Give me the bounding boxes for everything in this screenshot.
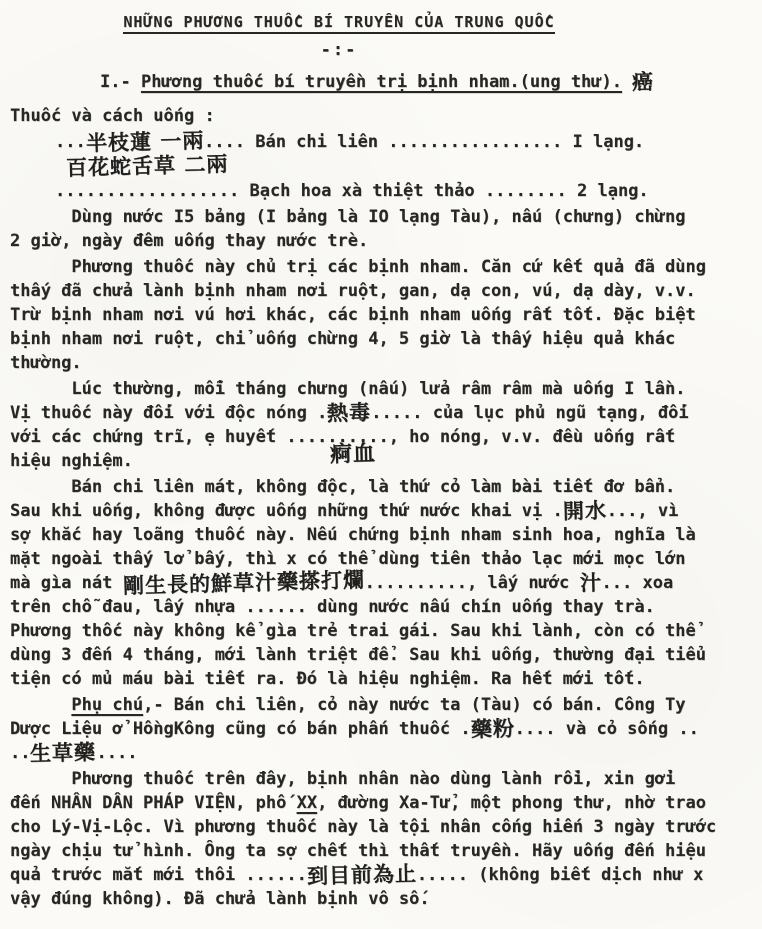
section-number: I.- <box>100 72 141 92</box>
ingredient-amount: I lạng. <box>562 132 644 152</box>
paragraph: Phụ chú,- Bán chi liên, cỏ này nước ta (… <box>10 693 752 765</box>
text-run: .........., lấy nước <box>365 573 580 593</box>
section-heading: I.- Phương thuốc bí truyền trị bịnh nham… <box>100 70 752 94</box>
text-run <box>10 695 71 715</box>
paragraph: Bán chi liên mát, không độc, là thứ cỏ l… <box>10 475 752 691</box>
paragraph: Phương thuốc này chủ trị các bịnh nham. … <box>10 255 752 375</box>
underlined-text: Phụ chú <box>71 695 143 715</box>
page-title-text: NHỮNG PHƯƠNG THUỐC BÍ TRUYỀN CỦA TRUNG Q… <box>123 13 554 34</box>
text-run: .... <box>96 743 137 763</box>
ingredient-handwritten-cjk: 半枝蓮 一兩 <box>85 130 204 154</box>
underlined-text: XX <box>297 793 317 813</box>
ingredient-amount: 2 lạng. <box>567 181 649 201</box>
handwritten-cjk: 藥粉 <box>470 718 515 740</box>
dot-leader: .................. <box>55 179 239 203</box>
paragraph: Dùng nước I5 bảng (I bảng là IO lạng Tàu… <box>10 205 752 253</box>
ingredient-row: 百花蛇舌草 二兩.................. Bạch hoa xà t… <box>55 156 752 203</box>
heading-handwritten-cjk: 癌 <box>632 72 655 94</box>
page-title: NHỮNG PHƯƠNG THUỐC BÍ TRUYỀN CỦA TRUNG Q… <box>0 10 710 34</box>
dot-leader: .... <box>204 132 245 152</box>
handwritten-cjk: 汁 <box>579 573 602 595</box>
handwritten-cjk: 開水 <box>562 500 607 522</box>
ingredient-leader: 百花蛇舌草 二兩.................. <box>55 156 239 203</box>
page-number-marker: -:- <box>0 38 710 62</box>
handwritten-annotation: 痾血 <box>330 443 377 466</box>
scanned-document-page: NHỮNG PHƯƠNG THUỐC BÍ TRUYỀN CỦA TRUNG Q… <box>0 0 762 929</box>
spacer <box>622 72 632 92</box>
paragraph: Phương thuốc trên đây, bịnh nhân nào dùn… <box>10 767 752 911</box>
dot-leader: ........ <box>485 181 567 201</box>
ingredient-name: Bạch hoa xà thiệt thảo <box>239 181 485 201</box>
ingredient-name: Bán chi liên <box>245 132 388 152</box>
handwritten-cjk: 熱毒 <box>327 402 372 424</box>
handwritten-cjk: 剛生長的鮮草汁藥搽打爛 <box>122 570 364 597</box>
dot-leader: ... <box>55 132 86 152</box>
ingredient-row: ...半枝蓮 一兩.... Bán chi liên .............… <box>55 130 752 154</box>
handwritten-cjk: 生草藥 <box>30 742 97 765</box>
paragraph: Lúc thường, mỗi tháng chưng (nấu) lửa râ… <box>10 377 752 473</box>
ingredient-handwritten-cjk: 百花蛇舌草 二兩 <box>66 154 229 179</box>
text-run: Phương thuốc này chủ trị các bịnh nham. … <box>10 257 706 373</box>
dot-leader: ................. <box>388 132 562 152</box>
handwritten-cjk: 到目前為止 <box>307 864 418 888</box>
dosage-label: Thuốc và cách uống : <box>10 104 752 128</box>
text-run: Dùng nước I5 bảng (I bảng là IO lạng Tàu… <box>10 207 686 251</box>
section-heading-text: Phương thuốc bí truyền trị bịnh nham.(un… <box>141 72 622 92</box>
paragraphs: Dùng nước I5 bảng (I bảng là IO lạng Tàu… <box>10 205 752 911</box>
